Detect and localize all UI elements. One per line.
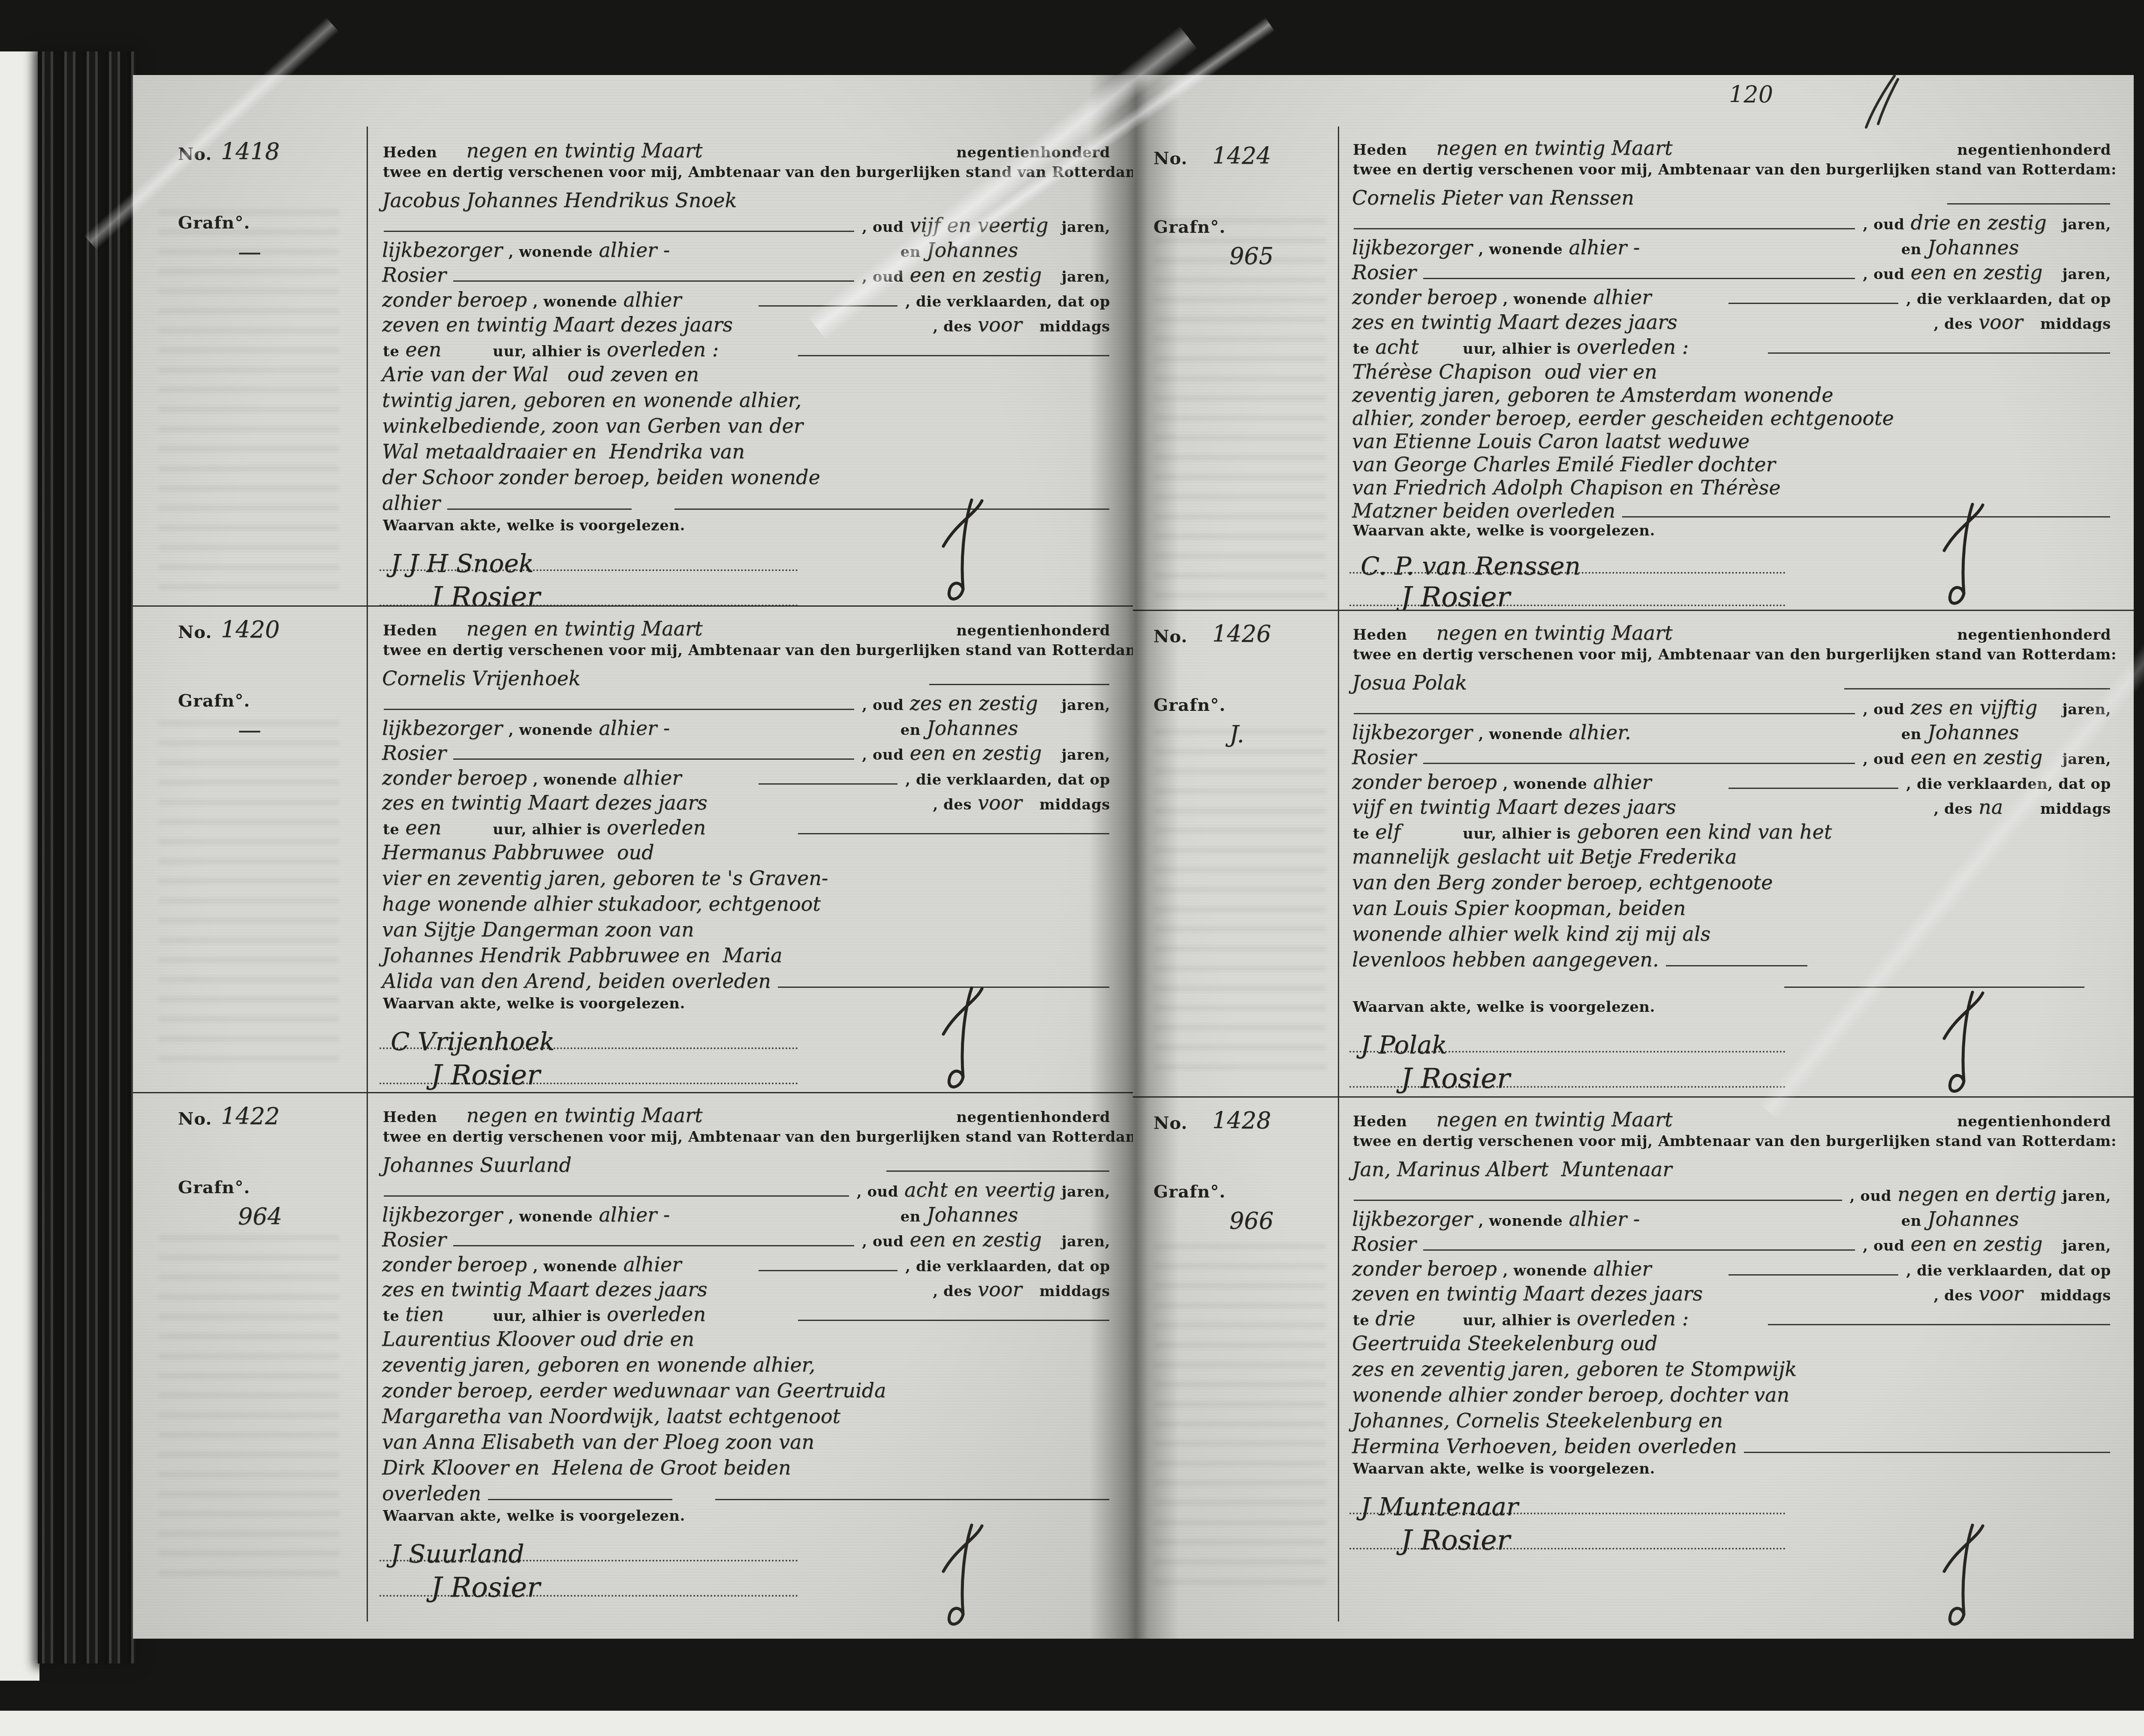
printed-text: twee en dertig verschenen voor mij, Ambt… bbox=[1349, 161, 2120, 178]
handwritten-text: Margaretha van Noordwijk, laatst echtgen… bbox=[379, 1405, 843, 1428]
record-line: lijkbezorger, wonendealhier -enJohannes bbox=[379, 1203, 1114, 1228]
printed-text: , oud bbox=[1859, 1237, 1908, 1255]
record-line: lijkbezorger, wonendealhier -enJohannes bbox=[1349, 1207, 2114, 1232]
record-body: Hedennegen en twintig Maartnegentienhond… bbox=[379, 607, 1114, 1088]
handwritten-text: voor bbox=[975, 1278, 1036, 1301]
fill-rule bbox=[1784, 974, 2084, 988]
record-line: zeventig jaren, geboren en wonende alhie… bbox=[379, 1353, 1114, 1379]
printed-text: jaren, bbox=[1058, 1233, 1114, 1250]
handwritten-text: hage wonende alhier stukadoor, echtgenoo… bbox=[379, 892, 823, 915]
record-line: Hedennegen en twintig Maartnegentienhond… bbox=[1349, 621, 2114, 646]
register-page-left: No.1418Grafn°.—Hedennegen en twintig Maa… bbox=[133, 75, 1133, 1639]
handwritten-text: Johannes, Cornelis Steekelenburg en bbox=[1349, 1409, 1725, 1432]
printed-text: negentienhonderd bbox=[953, 622, 1114, 639]
official-paraph-icon bbox=[936, 1521, 991, 1628]
record-margin-column: No.1426Grafn°.J. bbox=[1133, 611, 1337, 1098]
record-margin-column: No.1418Grafn°.— bbox=[133, 129, 367, 605]
handwritten-text: alhier bbox=[1590, 770, 1724, 794]
printed-text: en bbox=[1898, 1212, 1925, 1230]
fill-rule bbox=[1768, 1311, 2110, 1325]
printed-text: en bbox=[1898, 726, 1925, 743]
handwritten-text: vijf en twintig Maart dezes jaars bbox=[1349, 795, 1930, 818]
handwritten-text: een en zestig bbox=[907, 1228, 1058, 1251]
printed-text: negentienhonderd bbox=[1954, 626, 2114, 644]
record-line: Margaretha van Noordwijk, laatst echtgen… bbox=[379, 1405, 1114, 1430]
record-line: zonder beroep, wonendealhier, die verkla… bbox=[379, 288, 1114, 313]
handwritten-text: voor bbox=[975, 791, 1036, 814]
handwritten-text: Johannes Hendrik Pabbruwee en Maria bbox=[379, 944, 785, 967]
handwritten-text: negen en dertig bbox=[1895, 1182, 2059, 1206]
printed-text: , wonende bbox=[1500, 1262, 1591, 1279]
handwritten-text: drie bbox=[1373, 1307, 1459, 1330]
record-line: twee en dertig verschenen voor mij, Ambt… bbox=[1349, 1133, 2114, 1158]
printed-text: en bbox=[897, 722, 924, 739]
printed-text: , die verklaarden, dat op bbox=[1903, 291, 2114, 308]
record-line: alhier, zonder beroep, eerder gescheiden… bbox=[1349, 406, 2114, 430]
handwritten-text: vijf en veertig bbox=[907, 214, 1058, 237]
signature-row: J Rosier bbox=[1349, 1056, 2114, 1091]
record-line: , oudnegen en dertigjaren, bbox=[1349, 1182, 2114, 1207]
printed-text: negentienhonderd bbox=[953, 144, 1114, 161]
handwritten-text: zonder beroep, eerder weduwnaar van Geer… bbox=[379, 1379, 888, 1402]
fill-rule bbox=[1423, 265, 1855, 279]
fill-rule bbox=[675, 496, 1109, 510]
printed-text: te bbox=[1349, 1312, 1373, 1329]
signature-row: J J H Snoek bbox=[379, 539, 1114, 575]
fill-rule bbox=[1622, 503, 2110, 517]
printed-text: jaren, bbox=[2059, 701, 2114, 718]
no-label: No. bbox=[1153, 626, 1187, 647]
printed-text: negentienhonderd bbox=[953, 1109, 1114, 1126]
printed-text: negentienhonderd bbox=[1954, 1113, 2114, 1130]
printed-text: , oud bbox=[858, 219, 907, 236]
record-line: twee en dertig verschenen voor mij, Ambt… bbox=[379, 164, 1114, 189]
record-line: vijf en twintig Maart dezes jaars, desna… bbox=[1349, 795, 2114, 820]
printed-text: , oud bbox=[1859, 751, 1908, 768]
handwritten-text: zonder beroep bbox=[379, 1253, 530, 1276]
fill-rule bbox=[1423, 750, 1855, 764]
handwritten-text: overleden : bbox=[1574, 335, 1764, 358]
record-line: zes en twintig Maart dezes jaars, desvoo… bbox=[379, 791, 1114, 816]
record-line: wonende alhier zonder beroep, dochter va… bbox=[1349, 1383, 2114, 1409]
record-line: twintig jaren, geboren en wonende alhier… bbox=[379, 388, 1114, 414]
printed-text: , wonende bbox=[530, 771, 621, 788]
printed-text: en bbox=[897, 244, 924, 261]
handwritten-text: mannelijk geslacht uit Betje Frederika bbox=[1349, 845, 1739, 868]
fill-rule bbox=[384, 1182, 849, 1197]
signature-text: J Polak bbox=[1361, 1030, 1447, 1059]
handwritten-text: elf bbox=[1373, 820, 1459, 843]
printed-text: jaren, bbox=[1058, 268, 1114, 286]
handwritten-text: negen en twintig Maart bbox=[440, 617, 953, 640]
printed-text: Waarvan akte, welke is voorgelezen. bbox=[379, 517, 689, 534]
record-line: Rosier, oudeen en zestigjaren, bbox=[1349, 1232, 2114, 1257]
spacer bbox=[636, 509, 670, 510]
handwritten-text: Rosier bbox=[1349, 746, 1419, 769]
handwritten-text: overleden bbox=[379, 1482, 484, 1505]
register-scan: No.1418Grafn°.—Hedennegen en twintig Maa… bbox=[0, 0, 2144, 1736]
handwritten-text: een bbox=[403, 816, 489, 839]
printed-text: jaren, bbox=[2059, 1188, 2114, 1205]
spacer bbox=[2089, 987, 2114, 988]
printed-text: , die verklaarden, dat op bbox=[1903, 1262, 2114, 1279]
signature-text: C Vrijenhoek bbox=[391, 1027, 554, 1056]
handwritten-text: wonende alhier zonder beroep, dochter va… bbox=[1349, 1383, 1792, 1406]
record-margin-column: No.1428Grafn°.966 bbox=[1133, 1098, 1337, 1631]
record-line: van Anna Elisabeth van der Ploeg zoon va… bbox=[379, 1430, 1114, 1456]
printed-text: middags bbox=[2037, 316, 2114, 333]
handwritten-text: Hermanus Pabbruwee oud bbox=[379, 841, 657, 864]
printed-text: Waarvan akte, welke is voorgelezen. bbox=[379, 1507, 689, 1525]
signature-text: J J H Snoek bbox=[391, 549, 534, 578]
fill-rule bbox=[1354, 1187, 1842, 1201]
printed-text: , oud bbox=[853, 1183, 902, 1200]
handwritten-text: Hermina Verhoeven, beiden overleden bbox=[1349, 1435, 1740, 1458]
printed-text: , oud bbox=[1859, 216, 1908, 233]
death-record-1426: No.1426Grafn°.J.Hedennegen en twintig Ma… bbox=[1133, 610, 2134, 1098]
handwritten-text: zonder beroep bbox=[1349, 286, 1500, 309]
handwritten-text: negen en twintig Maart bbox=[440, 1104, 953, 1127]
printed-text: en bbox=[897, 1208, 924, 1225]
no-label: No. bbox=[178, 144, 212, 164]
record-line: zonder beroep, wonendealhier, die verkla… bbox=[379, 766, 1114, 791]
record-number: 1424 bbox=[1212, 142, 1271, 169]
handwritten-text: tien bbox=[403, 1303, 489, 1326]
handwritten-text: Rosier bbox=[1349, 261, 1419, 284]
record-line: tetienuur, alhier isoverleden bbox=[379, 1303, 1114, 1327]
record-line: levenloos hebben aangegeven. bbox=[1349, 948, 2114, 974]
fill-rule bbox=[1728, 1261, 1898, 1276]
handwritten-text: zonder beroep bbox=[379, 288, 530, 311]
printed-text: twee en dertig verschenen voor mij, Ambt… bbox=[379, 164, 1133, 181]
signature-row: J Polak bbox=[1349, 1021, 2114, 1056]
handwritten-text: Matzner beiden overleden bbox=[1349, 499, 1618, 522]
record-line: Hedennegen en twintig Maartnegentienhond… bbox=[379, 1104, 1114, 1128]
handwritten-text: alhier bbox=[620, 1253, 754, 1276]
printed-text: , wonende bbox=[1475, 1212, 1566, 1230]
record-line: twee en dertig verschenen voor mij, Ambt… bbox=[1349, 646, 2114, 671]
grafn-number: — bbox=[238, 716, 261, 743]
record-line: van Etienne Louis Caron laatst weduwe bbox=[1349, 430, 2114, 453]
record-line: van den Berg zonder beroep, echtgenoote bbox=[1349, 871, 2114, 897]
printed-text: Heden bbox=[379, 1109, 440, 1126]
handwritten-text: zonder beroep bbox=[1349, 770, 1500, 794]
fill-rule bbox=[1354, 215, 1855, 229]
handwritten-text: Rosier bbox=[379, 1228, 449, 1251]
fill-rule bbox=[798, 1307, 1109, 1321]
record-line: Waarvan akte, welke is voorgelezen. bbox=[379, 1507, 1114, 1530]
handwritten-text: een en zestig bbox=[907, 263, 1058, 286]
handwritten-text: overleden bbox=[604, 816, 794, 839]
signature-text: C. P. van Renssen bbox=[1361, 551, 1581, 581]
handwritten-text: een bbox=[403, 338, 489, 361]
no-label: No. bbox=[1153, 148, 1187, 168]
record-line: van Friedrich Adolph Chapison en Thérèse bbox=[1349, 476, 2114, 499]
handwritten-text: Johannes bbox=[1925, 1207, 2114, 1231]
record-number: 1422 bbox=[221, 1103, 280, 1130]
signature-text: J Rosier bbox=[431, 1059, 540, 1091]
printed-text: , wonende bbox=[1500, 776, 1591, 793]
record-line: zeven en twintig Maart dezes jaars, desv… bbox=[1349, 1282, 2114, 1307]
signature-row: C Vrijenhoek bbox=[379, 1017, 1114, 1053]
handwritten-text: alhier bbox=[1590, 1257, 1724, 1280]
printed-text: , des bbox=[1930, 800, 1976, 818]
record-line: Waarvan akte, welke is voorgelezen. bbox=[1349, 522, 2114, 545]
handwritten-text: overleden : bbox=[1574, 1307, 1764, 1330]
handwritten-text: negen en twintig Maart bbox=[1410, 621, 1954, 644]
handwritten-text: Cornelis Pieter van Renssen bbox=[1349, 186, 1943, 209]
printed-text: Heden bbox=[1349, 626, 1410, 644]
record-line: Hedennegen en twintig Maartnegentienhond… bbox=[1349, 1108, 2114, 1133]
record-line: zonder beroep, wonendealhier, die verkla… bbox=[379, 1253, 1114, 1278]
record-line: zeven en twintig Maart dezes jaars, desv… bbox=[379, 313, 1114, 338]
printed-text: Waarvan akte, welke is voorgelezen. bbox=[1349, 999, 1659, 1016]
record-line: winkelbediende, zoon van Gerben van der bbox=[379, 414, 1114, 440]
handwritten-text: zes en zestig bbox=[907, 692, 1058, 715]
printed-text: , oud bbox=[1859, 701, 1908, 718]
record-line: zeventig jaren, geboren te Amsterdam won… bbox=[1349, 383, 2114, 406]
record-line: Cornelis Pieter van Renssen bbox=[1349, 186, 2114, 211]
record-line: lijkbezorger, wonendealhier -enJohannes bbox=[379, 716, 1114, 741]
death-record-1418: No.1418Grafn°.—Hedennegen en twintig Maa… bbox=[133, 129, 1133, 605]
no-label: No. bbox=[178, 622, 212, 642]
printed-text: te bbox=[379, 821, 403, 838]
printed-text: jaren, bbox=[1058, 219, 1114, 236]
handwritten-text: twintig jaren, geboren en wonende alhier… bbox=[379, 388, 804, 412]
handwritten-text: zeven en twintig Maart dezes jaars bbox=[379, 313, 929, 336]
handwritten-text: overleden : bbox=[604, 338, 794, 361]
printed-text: Heden bbox=[379, 144, 440, 161]
printed-text: Heden bbox=[1349, 1113, 1410, 1130]
fill-rule bbox=[798, 820, 1109, 834]
handwritten-text: van Anna Elisabeth van der Ploeg zoon va… bbox=[379, 1430, 817, 1453]
record-line: lijkbezorger, wonendealhier.enJohannes bbox=[1349, 721, 2114, 746]
printed-text: jaren, bbox=[1058, 697, 1114, 714]
fill-rule bbox=[1768, 340, 2110, 354]
handwritten-text: negen en twintig Maart bbox=[1410, 1108, 1954, 1131]
record-line: Jacobus Johannes Hendrikus Snoek bbox=[379, 189, 1114, 214]
grafn-label: Grafn°. bbox=[178, 1177, 250, 1197]
record-body: Hedennegen en twintig Maartnegentienhond… bbox=[379, 1093, 1114, 1600]
handwritten-text: alhier bbox=[1590, 286, 1724, 309]
printed-text: jaren, bbox=[1058, 1183, 1114, 1200]
record-line: zonder beroep, eerder weduwnaar van Geer… bbox=[379, 1379, 1114, 1405]
fill-rule bbox=[1947, 190, 2110, 205]
record-line: teeenuur, alhier isoverleden : bbox=[379, 338, 1114, 363]
handwritten-text: lijkbezorger bbox=[379, 716, 505, 740]
handwritten-text: van Etienne Louis Caron laatst weduwe bbox=[1349, 430, 1752, 453]
handwritten-text: voor bbox=[1976, 1282, 2037, 1305]
grafn-label: Grafn°. bbox=[178, 213, 250, 233]
handwritten-text: Cornelis Vrijenhoek bbox=[379, 667, 925, 690]
handwritten-text: wonende alhier welk kind zij mij als bbox=[1349, 922, 1713, 945]
record-line: , oudzes en zestigjaren, bbox=[379, 692, 1114, 716]
spacer bbox=[1349, 987, 1780, 988]
record-line: lijkbezorger, wonendealhier -enJohannes bbox=[1349, 236, 2114, 261]
handwritten-text: alhier. bbox=[1566, 721, 1897, 744]
scanner-bed-bottom bbox=[0, 1711, 2144, 1736]
spacer bbox=[677, 1500, 711, 1500]
handwritten-text: zonder beroep bbox=[1349, 1257, 1500, 1280]
printed-text: , wonende bbox=[1475, 726, 1566, 743]
handwritten-text: alhier - bbox=[1566, 236, 1897, 259]
official-paraph-icon bbox=[936, 496, 991, 603]
signature-row: J Rosier bbox=[379, 1565, 1114, 1600]
signature-row: C. P. van Renssen bbox=[1349, 545, 2114, 577]
record-line: mannelijk geslacht uit Betje Frederika bbox=[1349, 845, 2114, 871]
record-line: Hedennegen en twintig Maartnegentienhond… bbox=[379, 617, 1114, 642]
record-line: Alida van den Arend, beiden overleden bbox=[379, 969, 1114, 995]
record-line: Matzner beiden overleden bbox=[1349, 499, 2114, 522]
printed-text: Heden bbox=[379, 622, 440, 639]
printed-text: , wonende bbox=[1475, 241, 1566, 258]
record-line: Hermanus Pabbruwee oud bbox=[379, 841, 1114, 866]
grafn-number: J. bbox=[1229, 721, 1244, 748]
fill-rule bbox=[488, 1486, 672, 1500]
handwritten-text: alhier bbox=[379, 491, 443, 514]
record-line: zes en zeventig jaren, geboren te Stompw… bbox=[1349, 1357, 2114, 1383]
handwritten-text: lijkbezorger bbox=[1349, 721, 1475, 744]
record-number: 1426 bbox=[1212, 620, 1271, 647]
fill-rule bbox=[759, 770, 897, 785]
printed-text: Waarvan akte, welke is voorgelezen. bbox=[1349, 522, 1659, 539]
handwritten-text: levenloos hebben aangegeven. bbox=[1349, 948, 1662, 971]
fill-rule bbox=[715, 1486, 1109, 1500]
signature-text: J Rosier bbox=[431, 1572, 540, 1604]
handwritten-text: winkelbediende, zoon van Gerben van der bbox=[379, 414, 806, 437]
handwritten-text: Johannes bbox=[1925, 236, 2114, 259]
record-line: lijkbezorger, wonendealhier -enJohannes bbox=[379, 238, 1114, 263]
printed-text: te bbox=[1349, 825, 1373, 842]
printed-text: , wonende bbox=[505, 244, 596, 261]
handwritten-text: overleden bbox=[604, 1303, 794, 1326]
signature-row: J Rosier bbox=[379, 575, 1114, 605]
handwritten-text: alhier bbox=[620, 766, 754, 789]
grafn-number: 965 bbox=[1229, 243, 1274, 270]
printed-text: , des bbox=[929, 796, 975, 813]
record-line: , oudvijf en veertigjaren, bbox=[379, 214, 1114, 238]
printed-text: , des bbox=[929, 318, 975, 335]
printed-text: uur, alhier is bbox=[1459, 340, 1574, 358]
handwritten-text: van George Charles Emilé Fiedler dochter bbox=[1349, 453, 1778, 476]
grafn-number: 966 bbox=[1229, 1207, 1274, 1234]
handwritten-text: negen en twintig Maart bbox=[440, 139, 953, 162]
printed-text: twee en dertig verschenen voor mij, Ambt… bbox=[379, 1128, 1133, 1146]
printed-text: , die verklaarden, dat op bbox=[902, 293, 1114, 310]
handwritten-text: Johannes bbox=[924, 1203, 1114, 1226]
handwritten-text: Alida van den Arend, beiden overleden bbox=[379, 969, 774, 993]
record-line: Johannes Suurland bbox=[379, 1153, 1114, 1178]
official-paraph-icon bbox=[1936, 1521, 1992, 1628]
page-number: 120 bbox=[1729, 81, 1773, 108]
record-number: 1418 bbox=[221, 138, 280, 165]
signature-row: J Muntenaar bbox=[1349, 1483, 2114, 1518]
handwritten-text: zes en twintig Maart dezes jaars bbox=[1349, 310, 1930, 334]
record-line: alhier bbox=[379, 491, 1114, 517]
fill-rule bbox=[453, 268, 854, 282]
fill-rule bbox=[453, 746, 854, 760]
handwritten-text: zeven en twintig Maart dezes jaars bbox=[1349, 1282, 1930, 1305]
record-line: twee en dertig verschenen voor mij, Ambt… bbox=[1349, 161, 2114, 186]
signature-row: J Rosier bbox=[1349, 1518, 2114, 1553]
fill-rule bbox=[759, 1257, 897, 1271]
record-line: Wal metaaldraaier en Hendrika van bbox=[379, 440, 1114, 466]
page-check-mark-icon bbox=[1853, 72, 1900, 132]
printed-text: , die verklaarden, dat op bbox=[1903, 776, 2114, 793]
record-line: Waarvan akte, welke is voorgelezen. bbox=[1349, 999, 2114, 1021]
printed-text: , die verklaarden, dat op bbox=[902, 771, 1114, 788]
record-line: teachtuur, alhier isoverleden : bbox=[1349, 335, 2114, 360]
record-line: Hedennegen en twintig Maartnegentienhond… bbox=[379, 139, 1114, 164]
record-number: 1420 bbox=[221, 616, 280, 643]
grafn-number: 964 bbox=[238, 1203, 282, 1230]
handwritten-text: Wal metaaldraaier en Hendrika van bbox=[379, 440, 747, 463]
fill-rule bbox=[1728, 775, 1898, 789]
printed-text: te bbox=[1349, 340, 1373, 358]
grafn-label: Grafn°. bbox=[178, 691, 250, 711]
handwritten-text: na bbox=[1976, 795, 2037, 818]
printed-text: , wonende bbox=[530, 293, 621, 310]
record-line: Waarvan akte, welke is voorgelezen. bbox=[379, 517, 1114, 539]
handwritten-text: lijkbezorger bbox=[1349, 1207, 1475, 1231]
record-line: twee en dertig verschenen voor mij, Ambt… bbox=[379, 1128, 1114, 1153]
record-line: Rosier, oudeen en zestigjaren, bbox=[1349, 261, 2114, 286]
fill-rule bbox=[447, 496, 632, 510]
printed-text: te bbox=[379, 343, 403, 360]
record-line: Waarvan akte, welke is voorgelezen. bbox=[379, 995, 1114, 1017]
death-record-1420: No.1420Grafn°.—Hedennegen en twintig Maa… bbox=[133, 605, 1133, 1093]
handwritten-text: een en zestig bbox=[1908, 746, 2059, 769]
record-line bbox=[1349, 974, 2114, 999]
printed-text: negentienhonderd bbox=[1954, 141, 2114, 159]
grafn-label: Grafn°. bbox=[1153, 217, 1226, 237]
handwritten-text: alhier - bbox=[596, 1203, 897, 1226]
printed-text: , oud bbox=[858, 746, 907, 764]
record-line: Cornelis Vrijenhoek bbox=[379, 667, 1114, 692]
printed-text: en bbox=[1898, 241, 1925, 258]
handwritten-text: van den Berg zonder beroep, echtgenoote bbox=[1349, 871, 1775, 894]
signature-text: J Rosier bbox=[1401, 1063, 1510, 1095]
handwritten-text: voor bbox=[1976, 310, 2037, 334]
record-line: der Schoor zonder beroep, beiden wonende bbox=[379, 466, 1114, 491]
death-record-1428: No.1428Grafn°.966Hedennegen en twintig M… bbox=[1133, 1096, 2134, 1631]
handwritten-text: Johannes bbox=[1925, 721, 2114, 744]
printed-text: , wonende bbox=[1500, 291, 1591, 308]
printed-text: twee en dertig verschenen voor mij, Ambt… bbox=[1349, 646, 2120, 663]
printed-text: Waarvan akte, welke is voorgelezen. bbox=[379, 995, 689, 1012]
handwritten-text: zeventig jaren, geboren te Amsterdam won… bbox=[1349, 383, 1836, 406]
handwritten-text: een en zestig bbox=[1908, 261, 2059, 284]
printed-text: , oud bbox=[858, 1233, 907, 1250]
printed-text: , wonende bbox=[530, 1258, 621, 1275]
handwritten-text: lijkbezorger bbox=[1349, 236, 1475, 259]
handwritten-text: drie en zestig bbox=[1908, 211, 2059, 234]
official-paraph-icon bbox=[1936, 500, 1992, 607]
no-label: No. bbox=[178, 1109, 212, 1129]
record-line: zonder beroep, wonendealhier, die verkla… bbox=[1349, 770, 2114, 795]
no-label: No. bbox=[1153, 1113, 1187, 1133]
printed-text: , wonende bbox=[505, 1208, 596, 1225]
handwritten-text: zes en zeventig jaren, geboren te Stompw… bbox=[1349, 1357, 1799, 1381]
handwritten-text: Rosier bbox=[379, 263, 449, 286]
record-line: zonder beroep, wonendealhier, die verkla… bbox=[1349, 286, 2114, 310]
handwritten-text: Jan, Marinus Albert Muntenaar bbox=[1349, 1158, 2114, 1181]
record-line: Laurentius Kloover oud drie en bbox=[379, 1327, 1114, 1353]
handwritten-text: zeventig jaren, geboren en wonende alhie… bbox=[379, 1353, 818, 1376]
fill-rule bbox=[929, 671, 1109, 685]
fill-rule bbox=[798, 342, 1109, 356]
printed-text: , die verklaarden, dat op bbox=[902, 1258, 1114, 1275]
